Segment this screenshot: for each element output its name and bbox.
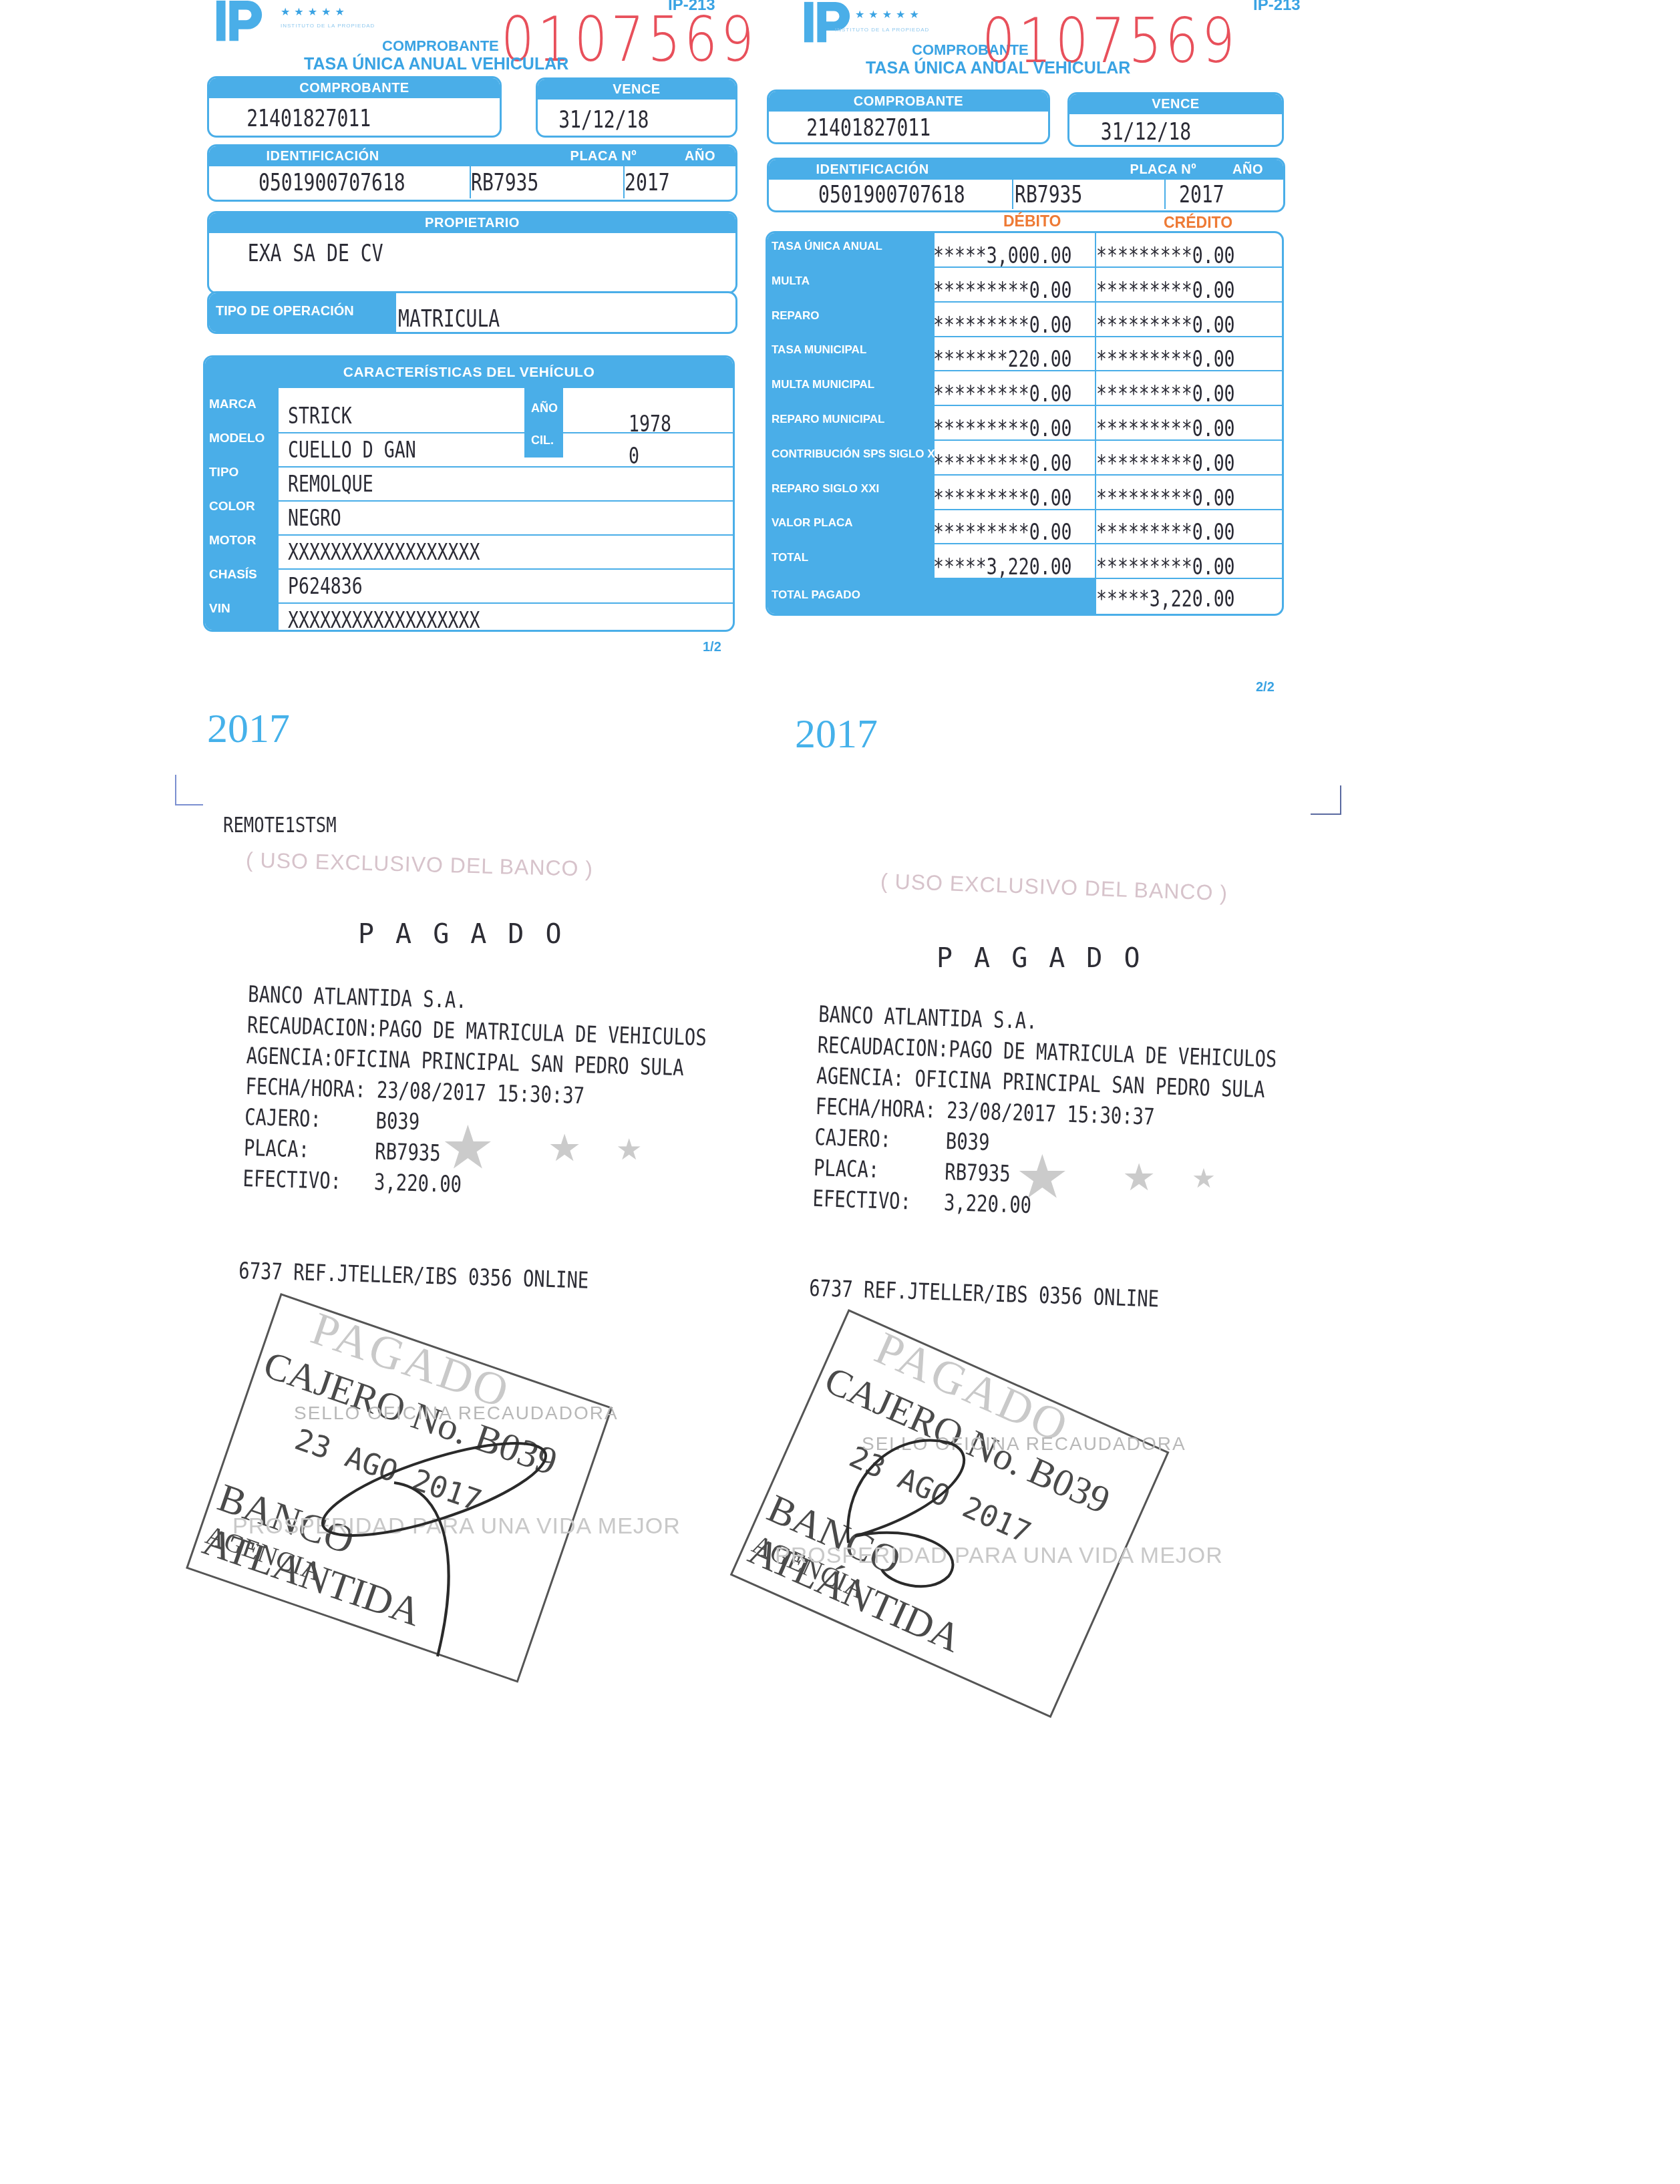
charge-label: TOTAL: [772, 551, 808, 564]
tipo-operacion-label: TIPO DE OPERACIÓN: [209, 293, 396, 332]
propietario-value: EXA SA DE CV: [209, 240, 620, 267]
vence-value: 31/12/18: [538, 106, 692, 134]
signature-icon: [815, 1389, 1015, 1590]
crop-mark: [1340, 785, 1341, 815]
vehicle-label-cil: CIL.: [531, 433, 554, 447]
charge-label: MULTA: [772, 275, 810, 288]
charge-label: VALOR PLACA: [772, 516, 853, 530]
propietario-label: PROPIETARIO: [209, 213, 735, 233]
placa-value: RB7935: [1015, 181, 1082, 208]
anio-label: AÑO: [1210, 160, 1283, 180]
debito-header: DÉBITO: [1003, 212, 1061, 230]
vehicle-value-motor: XXXXXXXXXXXXXXXXXX: [288, 539, 480, 566]
anio-value: 2017: [625, 169, 670, 196]
charge-debit: *********0.00: [933, 277, 1072, 304]
charges-table: TASA ÚNICA ANUAL*****3,000.00*********0.…: [766, 231, 1284, 616]
vehicle-value-chasis: P624836: [288, 573, 363, 600]
crop-mark: [175, 775, 176, 805]
paid-status: PAGADO: [358, 919, 583, 950]
identificacion-label: IDENTIFICACIÓN: [769, 160, 976, 180]
charge-credit: *********0.00: [1096, 485, 1235, 512]
charge-credit: *********0.00: [1096, 242, 1235, 269]
anio-value: 2017: [1179, 181, 1224, 208]
charge-credit: *********0.00: [1096, 519, 1235, 546]
year-watermark: 2017: [795, 711, 878, 758]
comprobante-label: COMPROBANTE: [769, 92, 1048, 112]
charge-debit: *********0.00: [933, 450, 1072, 477]
form-code: IP-213: [1253, 0, 1301, 15]
vehicle-label-color: COLOR: [209, 500, 255, 514]
identificacion-value: 0501900707618: [259, 169, 405, 196]
charge-debit: *****3,220.00: [933, 554, 1072, 580]
comprobante-value: 21401827011: [769, 114, 987, 142]
charge-debit: *********0.00: [933, 312, 1072, 339]
stamp-seal: SELLO OFICINA RECAUDADORA: [294, 1403, 619, 1424]
vehicle-value-marca: STRICK: [288, 403, 352, 429]
placa-value: RB7935: [471, 169, 538, 196]
page-indicator: 1/2: [703, 640, 721, 655]
tipo-operacion-value: MATRICULA: [396, 305, 500, 332]
folio-label: COMPROBANTE: [382, 37, 499, 55]
identificacion-label: IDENTIFICACIÓN: [209, 146, 436, 166]
institute-name: INSTITUTO DE LA PROPIEDAD: [281, 23, 375, 29]
charge-label: REPARO MUNICIPAL: [772, 413, 884, 426]
ip-logo-icon: [214, 0, 266, 47]
charge-credit: *********0.00: [1096, 450, 1235, 477]
crop-mark: [175, 804, 203, 805]
star-icon: ★: [1122, 1155, 1156, 1200]
charge-credit: *********0.00: [1096, 346, 1235, 373]
signature-icon: [294, 1429, 561, 1663]
star-icon: ★: [616, 1133, 642, 1167]
vehicle-value-vin: XXXXXXXXXXXXXXXXXX: [288, 607, 480, 632]
identification-box: IDENTIFICACIÓN PLACA Nº AÑO 050190070761…: [207, 144, 737, 202]
star-icon: ★: [1015, 1142, 1069, 1212]
charge-credit: *********0.00: [1096, 415, 1235, 442]
charge-credit: *********0.00: [1096, 554, 1235, 580]
charge-label: TASA ÚNICA ANUAL: [772, 240, 882, 253]
identification-box: IDENTIFICACIÓN PLACA Nº AÑO 050190070761…: [767, 158, 1285, 212]
vence-value: 31/12/18: [1069, 118, 1235, 146]
star-icon: ★: [441, 1113, 495, 1183]
institute-stars: ★★★★★: [855, 8, 923, 21]
vence-label: VENCE: [538, 79, 735, 100]
vehicle-label-motor: MOTOR: [209, 534, 256, 548]
charge-credit: *********0.00: [1096, 312, 1235, 339]
charge-credit: *********0.00: [1096, 381, 1235, 407]
ip-logo-icon: [802, 1, 854, 48]
vehicle-label-modelo: MODELO: [209, 431, 265, 446]
vehicle-label-tipo: TIPO: [209, 466, 238, 480]
vehicle-characteristics-box: CARACTERÍSTICAS DEL VEHÍCULO MARCASTRICK…: [203, 355, 735, 632]
charge-debit: *******220.00: [933, 346, 1072, 373]
vence-box: VENCE 31/12/18: [536, 77, 737, 138]
vence-label: VENCE: [1069, 94, 1282, 114]
charge-debit: *********0.00: [933, 381, 1072, 407]
total-pagado-label: TOTAL PAGADO: [772, 588, 860, 602]
vehicle-value-cil: 0: [629, 443, 639, 470]
charge-label: TASA MUNICIPAL: [772, 343, 866, 357]
vehicle-label-chasis: CHASÍS: [209, 568, 257, 582]
vehicle-label-anio: AÑO: [531, 401, 558, 415]
transaction-reference: 6737 REF.JTELLER/IBS 0356 ONLINE: [238, 1256, 589, 1296]
terminal-id: REMOTE1STSM: [223, 812, 337, 838]
charge-label: REPARO: [772, 309, 819, 323]
vehicle-label-marca: MARCA: [209, 397, 257, 412]
paid-status: PAGADO: [937, 943, 1162, 974]
bank-use-only: ( USO EXCLUSIVO DEL BANCO ): [880, 869, 1228, 906]
vehicle-label-vin: VIN: [209, 602, 230, 616]
total-pagado-value: *****3,220.00: [1096, 586, 1235, 612]
placa-label: PLACA Nº: [976, 160, 1210, 180]
charge-credit: *********0.00: [1096, 277, 1235, 304]
caracteristicas-label: CARACTERÍSTICAS DEL VEHÍCULO: [205, 357, 733, 388]
bank-detail-lines: BANCO ATLANTIDA S.A.RECAUDACION:PAGO DE …: [242, 979, 822, 1210]
crop-mark: [1311, 813, 1341, 815]
charge-label: REPARO SIGLO XXI: [772, 482, 879, 496]
bank-use-only: ( USO EXCLUSIVO DEL BANCO ): [246, 848, 594, 882]
vehicle-value-tipo: REMOLQUE: [288, 471, 373, 498]
charge-label: MULTA MUNICIPAL: [772, 378, 874, 391]
vehicle-value-anio: 1978: [629, 411, 671, 437]
anio-label: AÑO: [650, 146, 735, 166]
bank-detail-lines: BANCO ATLANTIDA S.A.RECAUDACION:PAGO DE …: [812, 999, 1393, 1232]
document-title: TASA ÚNICA ANUAL VEHICULAR: [304, 55, 568, 74]
vehicle-value-color: NEGRO: [288, 505, 341, 532]
transaction-reference: 6737 REF.JTELLER/IBS 0356 ONLINE: [809, 1273, 1160, 1314]
charge-debit: *****3,000.00: [933, 242, 1072, 269]
charge-debit: *********0.00: [933, 485, 1072, 512]
tipo-operacion-box: TIPO DE OPERACIÓN MATRICULA: [207, 291, 737, 334]
comprobante-value: 21401827011: [209, 105, 436, 132]
institute-stars: ★★★★★: [281, 5, 349, 19]
propietario-box: PROPIETARIO EXA SA DE CV: [207, 211, 737, 294]
star-icon: ★: [548, 1126, 581, 1170]
page-indicator: 2/2: [1256, 680, 1275, 695]
charge-debit: *********0.00: [933, 519, 1072, 546]
year-watermark: 2017: [207, 705, 290, 753]
comprobante-box: COMPROBANTE 21401827011: [767, 89, 1050, 144]
document-title: TASA ÚNICA ANUAL VEHICULAR: [866, 59, 1130, 78]
identificacion-value: 0501900707618: [818, 181, 965, 208]
star-icon: ★: [1192, 1163, 1216, 1194]
charge-label: CONTRIBUCIÓN SPS SIGLO XXI: [772, 447, 946, 461]
charge-debit: *********0.00: [933, 415, 1072, 442]
comprobante-label: COMPROBANTE: [209, 78, 500, 98]
vence-box: VENCE 31/12/18: [1067, 92, 1284, 147]
vehicle-value-modelo: CUELLO D GAN: [288, 437, 416, 464]
placa-label: PLACA Nº: [436, 146, 650, 166]
credito-header: CRÉDITO: [1164, 214, 1232, 232]
comprobante-box: COMPROBANTE 21401827011: [207, 76, 502, 138]
institute-name: INSTITUTO DE LA PROPIEDAD: [835, 27, 929, 33]
